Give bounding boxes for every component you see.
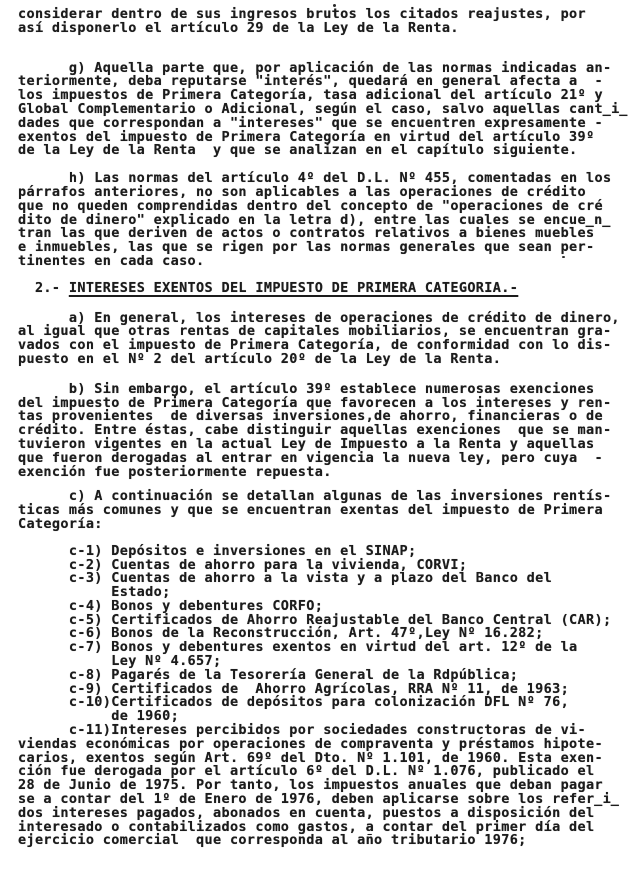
paragraph-intro-continuation: considerar dentro de sus ingresos brutos… (18, 8, 626, 36)
heading-line: 2.- INTERESES EXENTOS DEL IMPUESTO DE PR… (18, 282, 626, 296)
paragraph-h: h) Las normas del artículo 4º del D.L. N… (18, 172, 626, 269)
paragraph-a: a) En general, los intereses de operacio… (18, 312, 626, 367)
text-line: Categoría: (18, 518, 626, 532)
text-line: tinentes en cada caso. (18, 255, 626, 269)
heading-title: INTERESES EXENTOS DEL IMPUESTO DE PRIMER… (69, 280, 518, 296)
text-line: puesto en el Nº 2 del artículo 20º de la… (18, 353, 626, 367)
text-line: ticas más comunes y que se encuentran ex… (18, 504, 626, 518)
paragraph-b: b) Sin embargo, el artículo 39º establec… (18, 383, 626, 480)
paragraph-c: c) A continuación se detallan algunas de… (18, 490, 626, 531)
text-line: exención fue posteriormente repuesta. (18, 466, 626, 480)
text-line: ejercicio comercial que corresponda al a… (18, 834, 626, 848)
scan-speck (562, 256, 565, 258)
exemption-list: c-1) Depósitos e inversiones en el SINAP… (18, 545, 626, 849)
scan-speck (333, 4, 336, 7)
paragraph-g: g) Aquella parte que, por aplicación de … (18, 62, 626, 159)
text-line: así disponerlo el artículo 29 de la Ley … (18, 22, 626, 36)
document-page: considerar dentro de sus ingresos brutos… (0, 0, 630, 873)
heading-number: 2.- (18, 280, 69, 296)
text-line: de la Ley de la Renta y que se analizan … (18, 144, 626, 158)
scan-speck (214, 332, 216, 334)
section-heading-2: 2.- INTERESES EXENTOS DEL IMPUESTO DE PR… (18, 282, 626, 296)
